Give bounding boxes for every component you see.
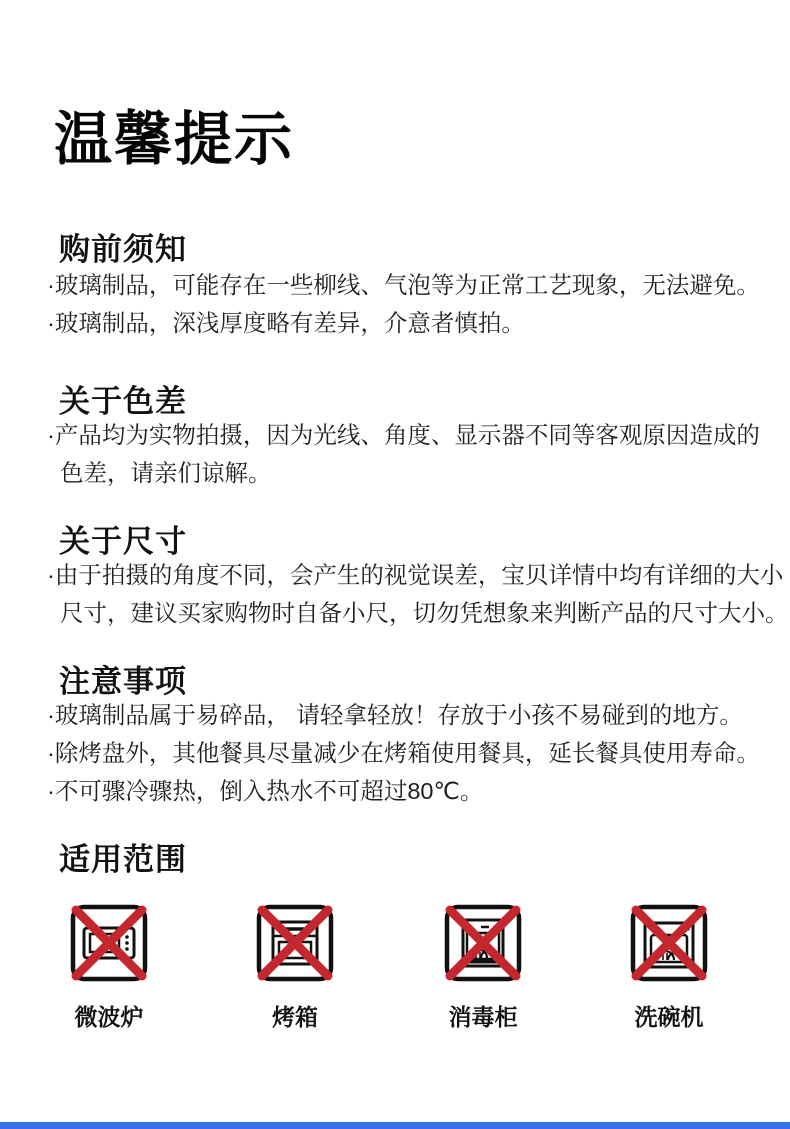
prohibited-icon-frame xyxy=(629,903,709,983)
section-body-color-difference: ·产品均为实物拍摄，因为光线、角度、显示器不同等客观原因造成的 色差，请亲们谅解… xyxy=(47,416,775,492)
appliance-label: 消毒柜 xyxy=(449,999,518,1032)
page-title: 温馨提示 xyxy=(54,92,294,176)
section-heading-prepurchase: 购前须知 xyxy=(59,224,187,269)
appliance-item-microwave: 微波炉 xyxy=(69,903,149,1035)
appliance-item-sterilizer: 消毒柜 xyxy=(443,903,523,1035)
appliance-item-dishwasher: 洗碗机 xyxy=(629,903,709,1035)
bullet-line-continuation: 尺寸，建议买家购物时自备小尺，切勿凭想象来判断产品的尺寸大小。 xyxy=(47,594,775,632)
oven-icon xyxy=(255,903,335,983)
bullet-line: ·玻璃制品，可能存在一些柳线、气泡等为正常工艺现象，无法避免。 xyxy=(47,266,775,304)
product-notice-page: 温馨提示 购前须知 ·玻璃制品，可能存在一些柳线、气泡等为正常工艺现象，无法避免… xyxy=(0,0,790,1129)
section-heading-applicability: 适用范围 xyxy=(59,834,187,879)
bullet-line: ·由于拍摄的角度不同，会产生的视觉误差，宝贝详情中均有详细的大小 xyxy=(47,556,775,594)
appliance-item-oven: 烤箱 xyxy=(255,903,335,1035)
prohibited-icon-frame xyxy=(443,903,523,983)
appliance-label: 洗碗机 xyxy=(635,999,704,1032)
section-body-precautions: ·玻璃制品属于易碎品， 请轻拿轻放！存放于小孩不易碰到的地方。 ·除烤盘外，其他… xyxy=(47,696,775,810)
section-body-prepurchase: ·玻璃制品，可能存在一些柳线、气泡等为正常工艺现象，无法避免。 ·玻璃制品，深浅… xyxy=(47,266,775,342)
appliance-label: 微波炉 xyxy=(75,999,144,1032)
bullet-line-continuation: 色差，请亲们谅解。 xyxy=(47,454,775,492)
prohibited-x-icon xyxy=(76,910,142,976)
bullet-line: ·产品均为实物拍摄，因为光线、角度、显示器不同等客观原因造成的 xyxy=(47,416,775,454)
sterilizer-icon xyxy=(443,903,523,983)
bullet-line: ·玻璃制品属于易碎品， 请轻拿轻放！存放于小孩不易碰到的地方。 xyxy=(47,696,775,734)
bullet-line: ·除烤盘外，其他餐具尽量减少在烤箱使用餐具，延长餐具使用寿命。 xyxy=(47,734,775,772)
section-heading-size: 关于尺寸 xyxy=(59,516,187,561)
section-body-size: ·由于拍摄的角度不同，会产生的视觉误差，宝贝详情中均有详细的大小 尺寸，建议买家… xyxy=(47,556,775,632)
prohibited-icon-frame xyxy=(255,903,335,983)
section-heading-color-difference: 关于色差 xyxy=(59,376,187,421)
dishwasher-icon xyxy=(629,903,709,983)
bullet-line: ·不可骤冷骤热，倒入热水不可超过80℃。 xyxy=(47,772,775,810)
bottom-accent-bar xyxy=(0,1122,790,1129)
bullet-line: ·玻璃制品，深浅厚度略有差异，介意者慎拍。 xyxy=(47,304,775,342)
prohibited-icon-frame xyxy=(69,903,149,983)
microwave-icon xyxy=(69,903,149,983)
appliance-label: 烤箱 xyxy=(272,999,318,1032)
section-heading-precautions: 注意事项 xyxy=(59,656,187,701)
